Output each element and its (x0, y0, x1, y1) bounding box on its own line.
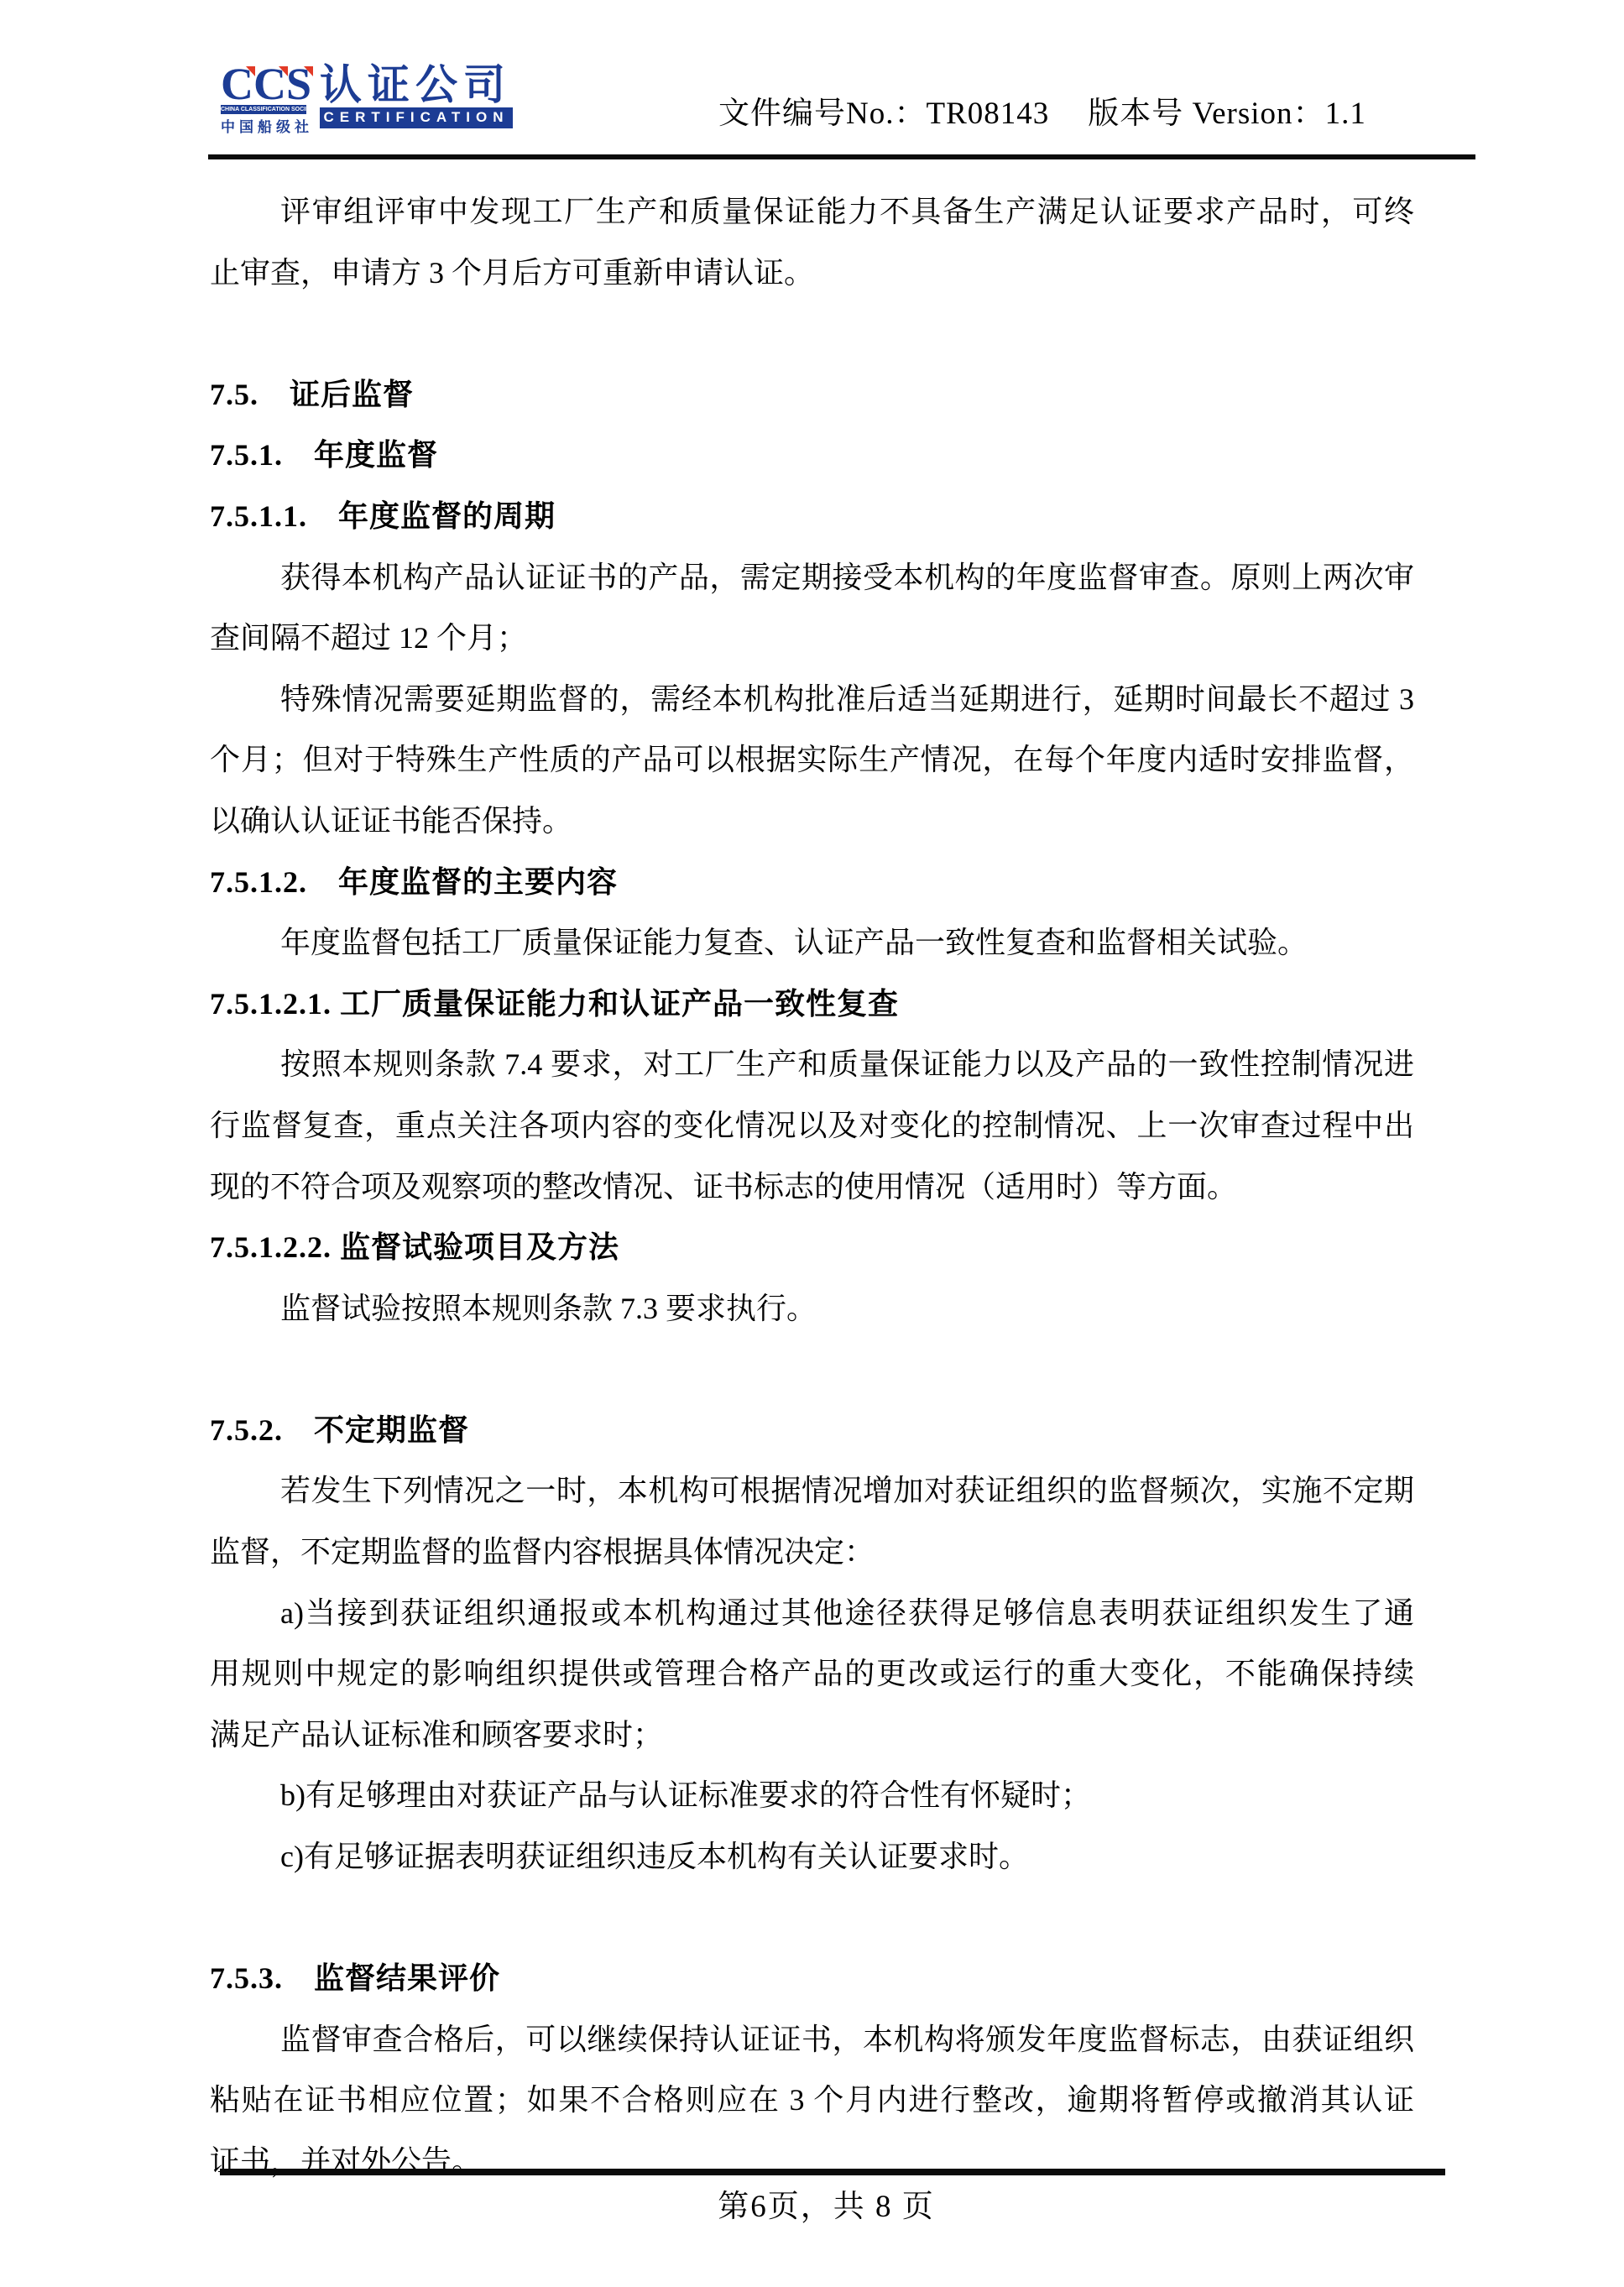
body-text-line: c)有足够证据表明获证组织违反本机构有关认证要求时。 (210, 1826, 1414, 1888)
body-text-line: 用规则中规定的影响组织提供或管理合格产品的更改或运行的重大变化，不能确保持续 (210, 1643, 1414, 1705)
body-text-line: b)有足够理由对获证产品与认证标准要求的符合性有怀疑时； (210, 1765, 1414, 1826)
certification-bar: CERTIFICATION (320, 107, 513, 128)
section-heading: 7.5.2. 不定期监督 (210, 1400, 1414, 1461)
blank-line (210, 303, 1414, 364)
body-text-line: 按照本规则条款 7.4 要求，对工厂生产和质量保证能力以及产品的一致性控制情况进 (210, 1034, 1414, 1095)
section-heading: 7.5.1.2.2. 监督试验项目及方法 (210, 1217, 1414, 1278)
ccs-letter: C (221, 65, 253, 102)
body-text-line: 监督，不定期监督的监督内容根据具体情况决定： (210, 1522, 1414, 1583)
body-text-line: 若发生下列情况之一时，本机构可根据情况增加对获证组织的监督频次，实施不定期 (210, 1460, 1414, 1522)
body-text-line: 满足产品认证标准和顾客要求时； (210, 1705, 1414, 1766)
blank-line (210, 1888, 1414, 1949)
section-heading: 7.5.1. 年度监督 (210, 425, 1414, 486)
company-cn-label: 认证公司 (320, 65, 513, 104)
body-text-line: 个月；但对于特殊生产性质的产品可以根据实际生产情况，在每个年度内适时安排监督， (210, 729, 1414, 791)
society-cn-label: 中国船级社 (221, 115, 306, 136)
body-text-line: 止审查，申请方 3 个月后方可重新申请认证。 (210, 243, 1414, 304)
ccs-wordmark: CCS (221, 65, 306, 102)
doc-number-value: TR08143 (926, 97, 1049, 131)
header-rule (208, 154, 1475, 159)
body-text-line: 年度监督包括工厂质量保证能力复查、认证产品一致性复查和监督相关试验。 (210, 912, 1414, 974)
body-text-line: 监督试验按照本规则条款 7.3 要求执行。 (210, 1278, 1414, 1339)
section-heading: 7.5.1.1. 年度监督的周期 (210, 486, 1414, 547)
body-text-line: 评审组评审中发现工厂生产和质量保证能力不具备生产满足认证要求产品时，可终 (210, 181, 1414, 243)
section-heading: 7.5.1.2.1. 工厂质量保证能力和认证产品一致性复查 (210, 974, 1414, 1035)
section-heading: 7.5.3. 监督结果评价 (210, 1948, 1414, 2009)
section-heading: 7.5.1.2. 年度监督的主要内容 (210, 852, 1414, 913)
footer-rule (220, 2169, 1445, 2175)
body-text-line: 监督审查合格后，可以继续保持认证证书，本机构将颁发年度监督标志，由获证组织 (210, 2009, 1414, 2070)
body-text-line: 行监督复查，重点关注各项内容的变化情况以及对变化的控制情况、上一次审查过程中出 (210, 1095, 1414, 1157)
ccs-letter: C (253, 65, 286, 102)
blank-line (210, 1339, 1414, 1400)
ccs-logo-right: 认证公司 CERTIFICATION (320, 65, 513, 136)
body-text-line: 获得本机构产品认证证书的产品，需定期接受本机构的年度监督审查。原则上两次审 (210, 547, 1414, 608)
body-text-line: 粘贴在证书相应位置；如果不合格则应在 3 个月内进行整改，逾期将暂停或撤消其认证 (210, 2070, 1414, 2131)
document-body: 评审组评审中发现工厂生产和质量保证能力不具备生产满足认证要求产品时，可终止审查，… (210, 181, 1414, 2192)
doc-number-label: 文件编号No.： (718, 97, 926, 131)
body-text-line: 现的不符合项及观察项的整改情况、证书标志的使用情况（适用时）等方面。 (210, 1157, 1414, 1218)
ccs-letter: S (286, 65, 311, 102)
version-value: 1.1 (1325, 97, 1366, 131)
body-text-line: 以确认认证证书能否保持。 (210, 791, 1414, 852)
header-meta: 文件编号No.：TR08143版本号 Version：1.1 (718, 87, 1366, 133)
ccs-logo: CCS CHINA CLASSIFICATION SOCIETY 中国船级社 认… (221, 65, 513, 136)
body-text-line: a)当接到获证组织通报或本机构通过其他途径获得足够信息表明获证组织发生了通 (210, 1583, 1414, 1644)
ccs-logo-left: CCS CHINA CLASSIFICATION SOCIETY 中国船级社 (221, 65, 306, 136)
section-heading: 7.5. 证后监督 (210, 364, 1414, 426)
body-text-line: 查间隔不超过 12 个月； (210, 608, 1414, 669)
page-number: 第6页，共 8 页 (210, 2180, 1414, 2226)
version-label: 版本号 Version： (1088, 97, 1324, 131)
document-page: CCS CHINA CLASSIFICATION SOCIETY 中国船级社 认… (0, 0, 1624, 2287)
body-text-line: 特殊情况需要延期监督的，需经本机构批准后适当延期进行，延期时间最长不超过 3 (210, 669, 1414, 730)
